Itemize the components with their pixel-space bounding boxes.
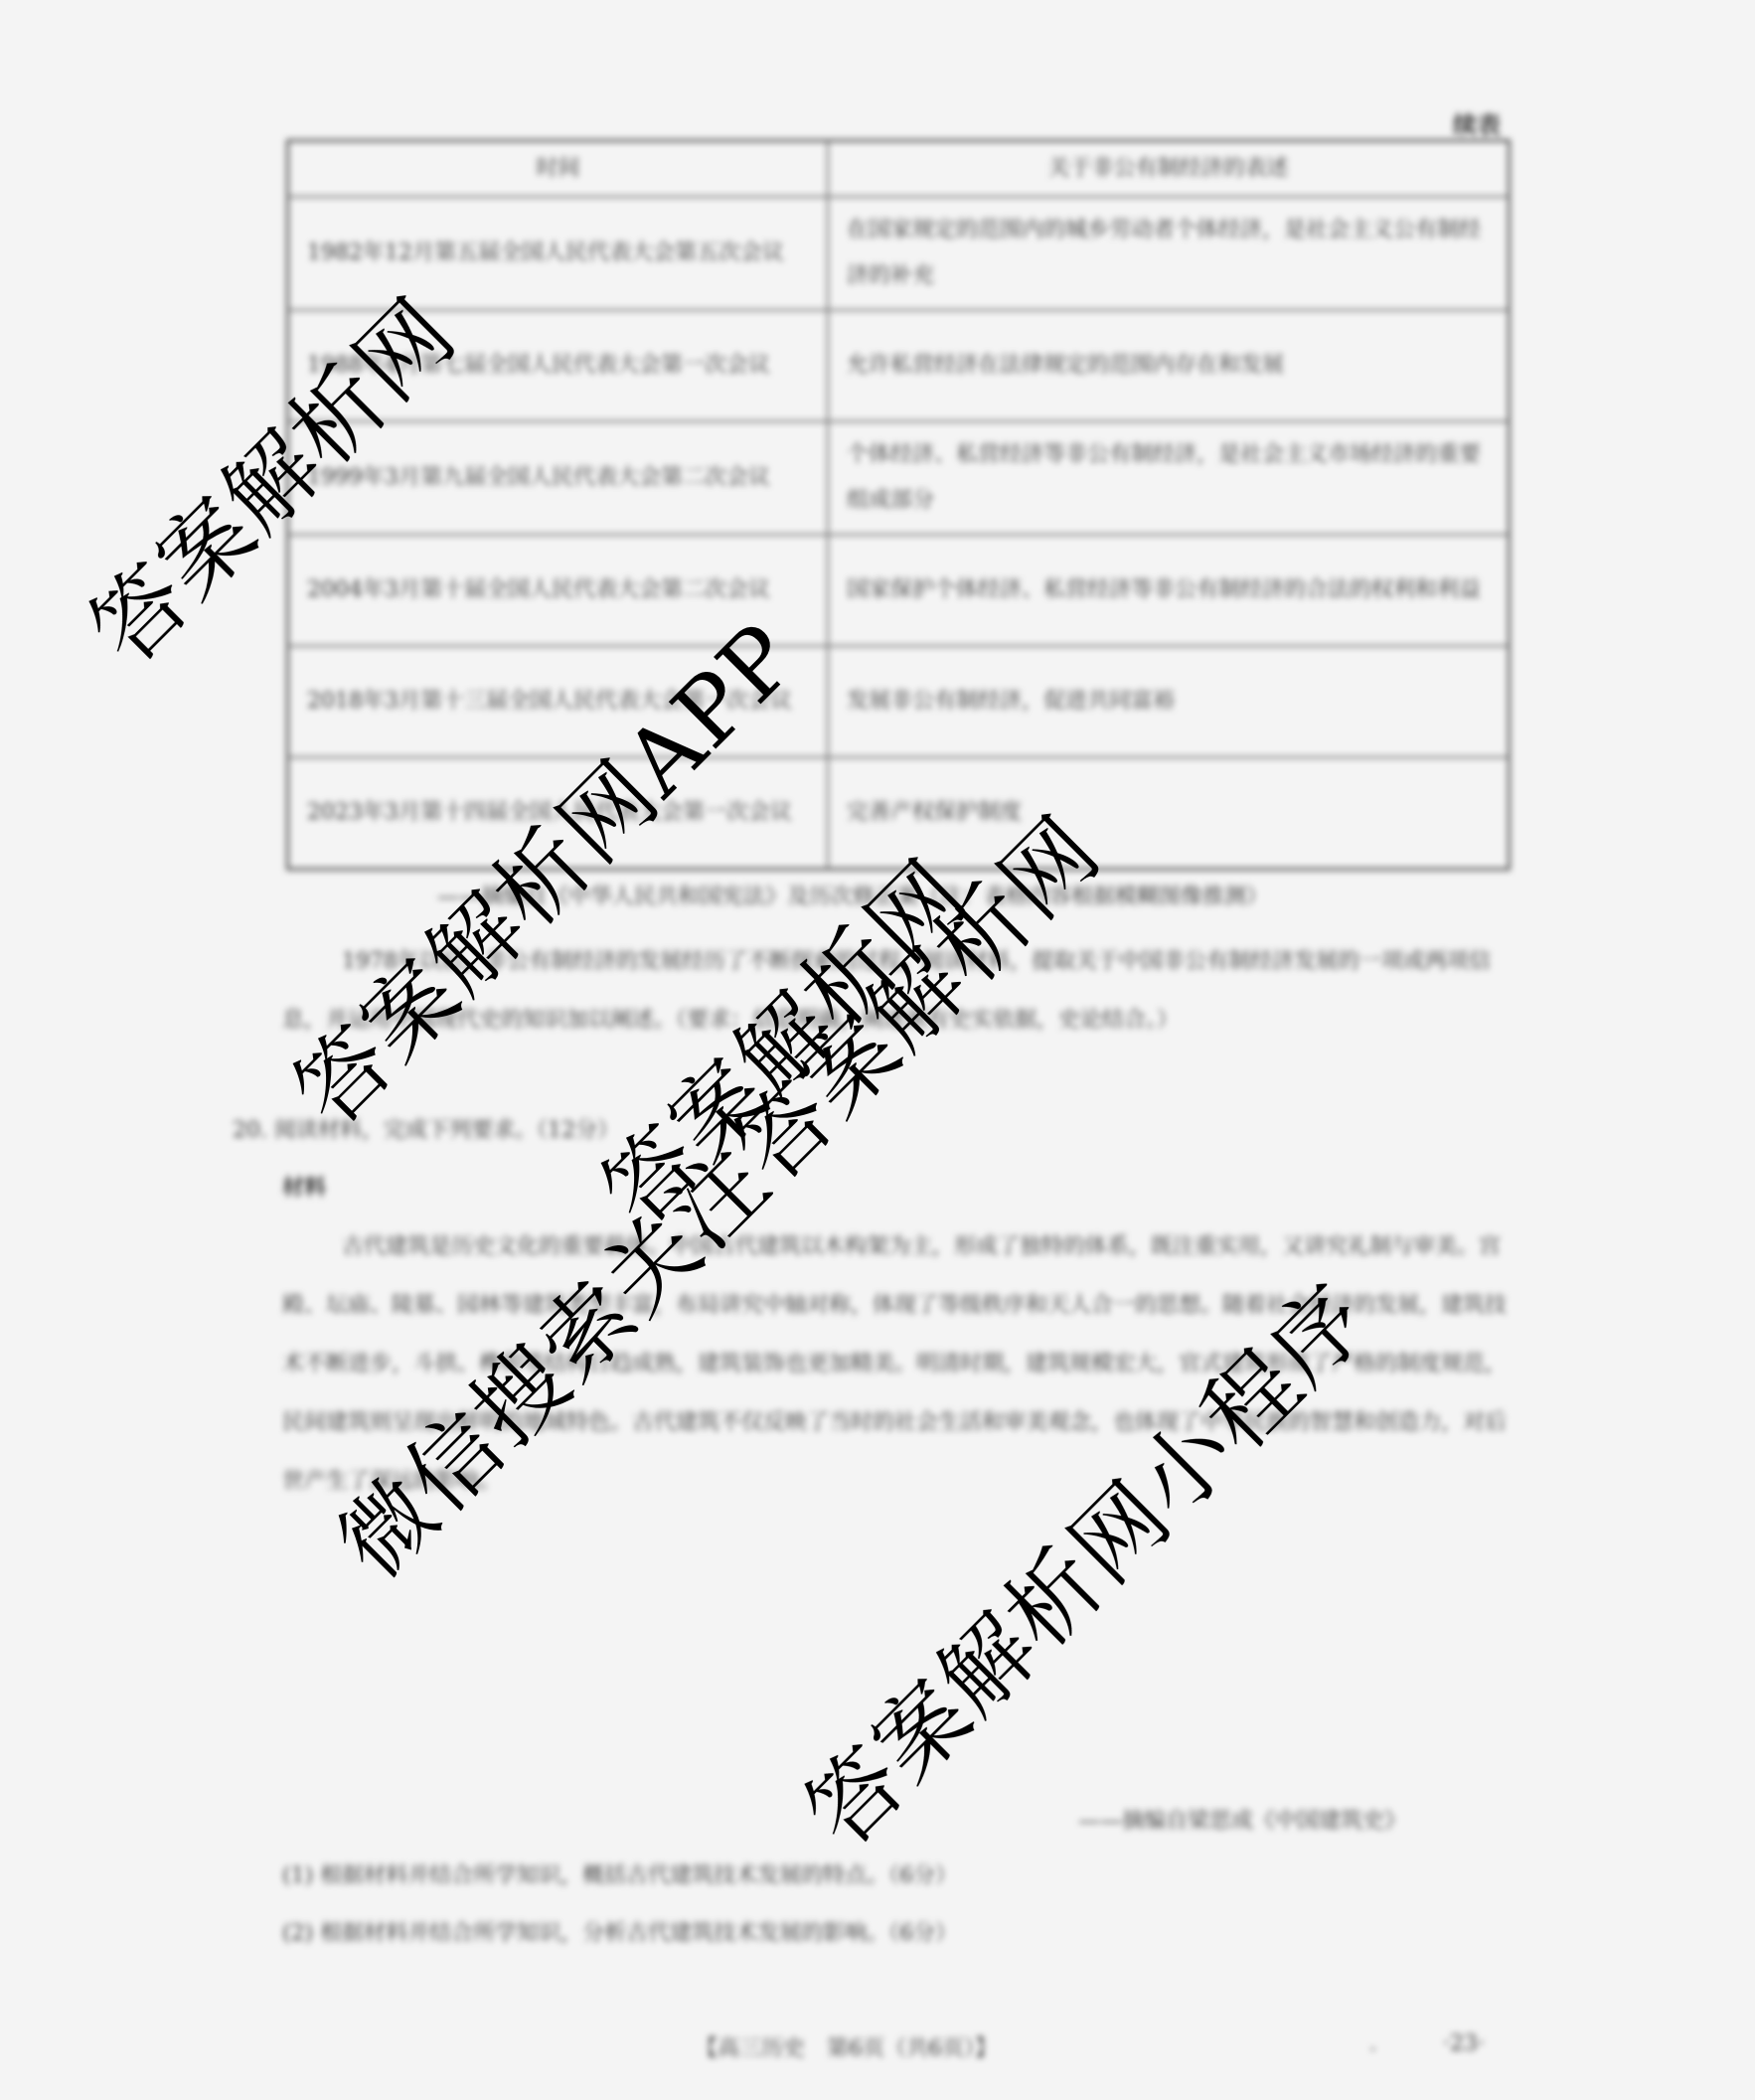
material-source: ——摘编自梁思成《中国建筑史》 xyxy=(1078,1804,1406,1835)
table-row: 1982年12月第五届全国人民代表大会第五次会议 在国家规定的范围内的城乡劳动者… xyxy=(288,197,1510,310)
cell-statement: 发展非公有制经济，促进共同富裕 xyxy=(828,646,1510,757)
cell-statement: 允许私营经济在法律规定的范围内存在和发展 xyxy=(828,310,1510,421)
table-continued-label: 续表 xyxy=(1453,105,1501,140)
subquestion-1: (1) 根据材料并结合所学知识，概括古代建筑技术发展的特点。（6分） xyxy=(282,1858,957,1889)
cell-statement: 国家保护个体经济、私营经济等非公有制经济的合法的权利和利益 xyxy=(828,535,1510,646)
cell-statement: 在国家规定的范围内的城乡劳动者个体经济，是社会主义公有制经济的补充 xyxy=(828,197,1510,310)
col-header-statement: 关于非公有制经济的表述 xyxy=(828,141,1510,198)
footer-page-number: ·23· xyxy=(1443,2031,1485,2056)
footer-dot: . xyxy=(1369,2031,1376,2056)
table-row: 2004年3月第十届全国人民代表大会第二次会议 国家保护个体经济、私营经济等非公… xyxy=(288,535,1510,646)
footer-page-info: 【高三历史 第6页（共6页）】 xyxy=(696,2031,997,2062)
table-row: 2018年3月第十三届全国人民代表大会第一次会议 发展非公有制经济，促进共同富裕 xyxy=(288,646,1510,757)
col-header-time: 时间 xyxy=(288,141,829,198)
cell-statement: 个体经济、私营经济等非公有制经济，是社会主义市场经济的重要组成部分 xyxy=(828,421,1510,535)
question-20: 20. 阅读材料，完成下列要求。（12分） xyxy=(233,1113,619,1144)
material-label: 材料 xyxy=(282,1171,326,1202)
table-row: 1999年3月第九届全国人民代表大会第二次会议 个体经济、私营经济等非公有制经济… xyxy=(288,421,1510,535)
economy-table: 时间 关于非公有制经济的表述 1982年12月第五届全国人民代表大会第五次会议 … xyxy=(286,139,1511,871)
subquestion-2: (2) 根据材料并结合所学知识，分析古代建筑技术发展的影响。（6分） xyxy=(282,1916,957,1947)
table-header-row: 时间 关于非公有制经济的表述 xyxy=(288,141,1510,198)
cell-statement: 完善产权保护制度 xyxy=(828,757,1510,870)
